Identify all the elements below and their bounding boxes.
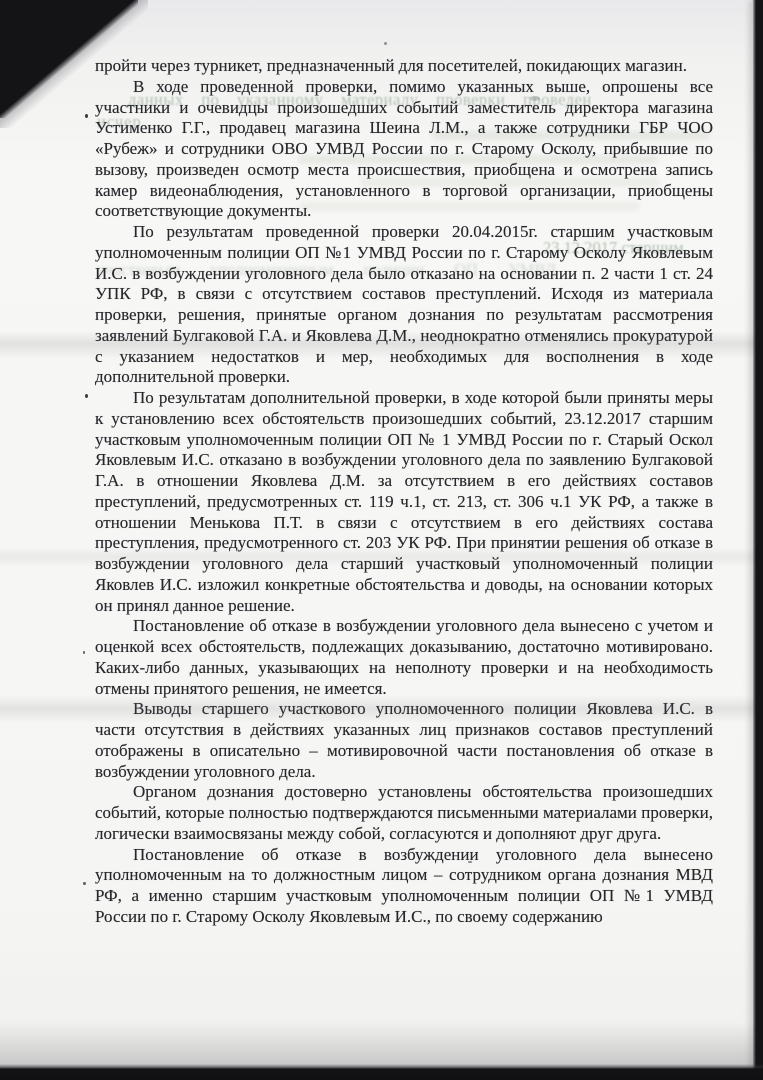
paragraph-continuation: пройти через турникет, предназначенный д… (95, 56, 713, 77)
dust-speck (85, 394, 88, 398)
folded-corner-artifact (0, 0, 138, 118)
document-text-block: пройти через турникет, предназначенный д… (95, 56, 713, 928)
paragraph-authorized-official: Постановление об отказе в возбуждении уг… (95, 845, 713, 928)
paragraph-decision-motivated: Постановление об отказе в возбуждении уг… (95, 616, 713, 699)
scanned-document-page: данных по указанному материалу проверки … (0, 0, 763, 1080)
paragraph-facts-established: Органом дознания достоверно установлены … (95, 782, 713, 844)
paragraph-inquiry-results: В ходе проведенной проверки, помимо указ… (95, 77, 713, 222)
smudge-mark (468, 861, 472, 863)
scan-edge-right (752, 0, 763, 1080)
paragraph-refusal-2017: По результатам дополнительной проверки, … (95, 388, 713, 616)
dust-speck (83, 651, 85, 654)
paragraph-conclusions: Выводы старшего участкового уполномоченн… (95, 699, 713, 782)
dust-speck (83, 882, 86, 885)
scan-edge-bottom (0, 1063, 763, 1080)
paragraph-refusal-2015: По результатам проведенной проверки 20.0… (95, 222, 713, 388)
smudge-mark (530, 96, 540, 101)
dust-speck (384, 42, 387, 45)
